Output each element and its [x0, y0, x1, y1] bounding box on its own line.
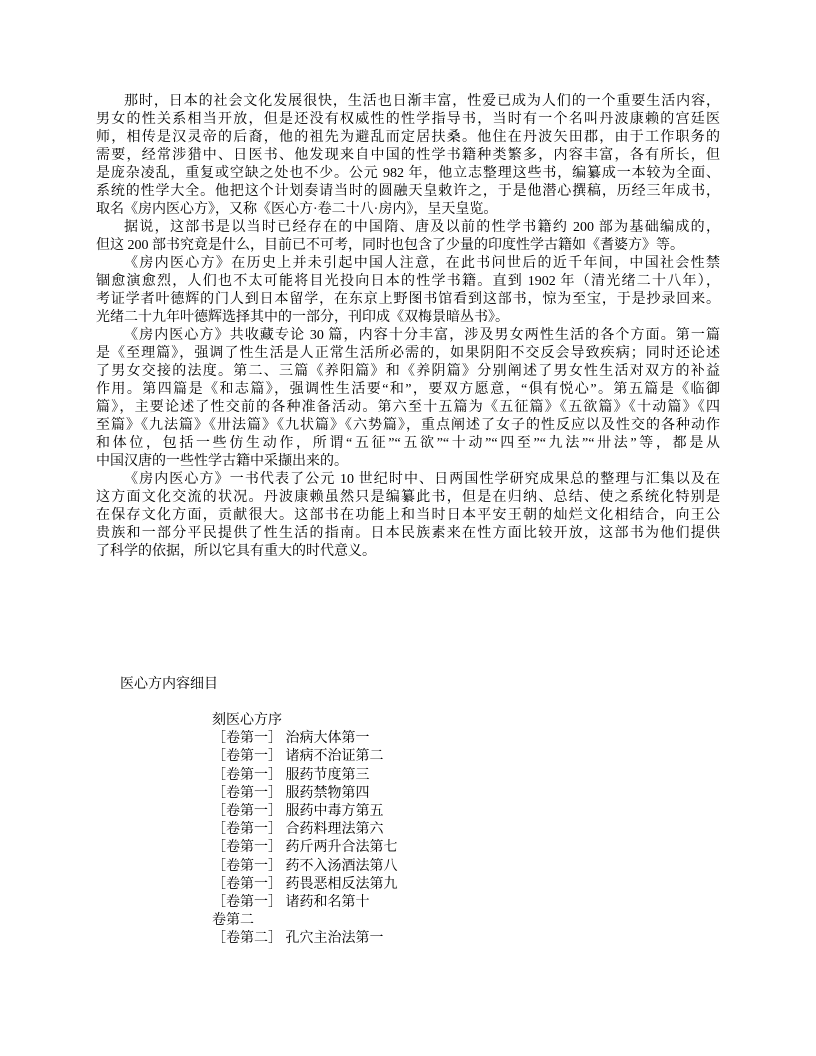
text-line: 《房内医心方》在历史上并未引起中国人注意，在此书问世后的近千年间，中国社会性禁: [96, 255, 720, 273]
text-line: 锢愈演愈烈，人们也不太可能将目光投向日本的性学书籍。直到 1902 年（清光绪二…: [96, 273, 720, 291]
text-line: 考证学者叶德辉的门人到日本留学，在东京上野图书馆看到这部书，惊为至宝，于是抄录回…: [96, 291, 720, 309]
catalog-item: ［卷第一］ 药斤两升合法第七: [212, 839, 398, 857]
text-line: 《房内医心方》一书代表了公元 10 世纪时中、日两国性学研究成果总的整理与汇集以…: [96, 471, 720, 489]
catalog-item: ［卷第一］ 治病大体第一: [212, 730, 398, 748]
paragraph: 《房内医心方》共收藏专论 30 篇，内容十分丰富，涉及男女两性生活的各个方面。第…: [96, 327, 720, 471]
text-line: 至篇》《九法篇》《卅法篇》《九状篇》《六势篇》，重点阐述了女子的性反应以及性交的…: [96, 417, 720, 435]
catalog-item: ［卷第一］ 药畏恶相反法第九: [212, 876, 398, 894]
text-line: 取名《房内医心方》，又称《医心方·卷二十八·房内》，呈天皇览。: [96, 201, 720, 219]
text-line: 了科学的依据，所以它具有重大的时代意义。: [96, 543, 720, 561]
text-line: 但这 200 部书究竟是什么，目前已不可考，同时也包含了少量的印度性学古籍如《耆…: [96, 237, 720, 255]
catalog-item: ［卷第二］ 孔穴主治法第一: [212, 930, 398, 948]
text-line: 和体位，包括一些仿生动作，所谓“五征”“五欲”“十动”“四至”“九法”“卅法”等…: [96, 435, 720, 453]
text-line: 作用。第四篇是《和志篇》，强调性生活要“和”，要双方愿意，“俱有悦心”。第五篇是…: [96, 381, 720, 399]
paragraph: 《房内医心方》在历史上并未引起中国人注意，在此书问世后的近千年间，中国社会性禁锢…: [96, 255, 720, 327]
catalog-item: 刻医心方序: [212, 712, 398, 730]
catalog-item: ［卷第一］ 诸病不治证第二: [212, 748, 398, 766]
catalog-list: 刻医心方序［卷第一］ 治病大体第一［卷第一］ 诸病不治证第二［卷第一］ 服药节度…: [212, 712, 398, 949]
catalog-item: ［卷第一］ 服药禁物第四: [212, 785, 398, 803]
document-page: 那时，日本的社会文化发展很快，生活也日渐丰富，性爱已成为人们的一个重要生活内容，…: [0, 0, 816, 1056]
text-line: 那时，日本的社会文化发展很快，生活也日渐丰富，性爱已成为人们的一个重要生活内容，: [96, 93, 720, 111]
text-line: 男女的性关系相当开放，但是还没有权威性的性学指导书，当时有一个名叫丹波康赖的宫廷…: [96, 111, 720, 129]
text-line: 师，相传是汉灵帝的后裔，他的祖先为避乱而定居扶桑。他住在丹波矢田郡，由于工作职务…: [96, 129, 720, 147]
text-line: 需要，经常涉猎中、日医书、他发现来自中国的性学书籍种类繁多，内容丰富，各有所长，…: [96, 147, 720, 165]
catalog-item: 卷第二: [212, 912, 398, 930]
text-line: 了男女交接的法度。第二、三篇《养阳篇》和《养阴篇》分别阐述了男女性生活对双方的补…: [96, 363, 720, 381]
text-line: 据说，这部书是以当时已经存在的中国隋、唐及以前的性学书籍约 200 部为基础编成…: [96, 219, 720, 237]
text-line: 是庞杂凌乱，重复或空缺之处也不少。公元 982 年，他立志整理这些书，编纂成一本…: [96, 165, 720, 183]
catalog-item: ［卷第一］ 服药中毒方第五: [212, 803, 398, 821]
text-line: 篇》，主要论述了性交前的各种准备活动。第六至十五篇为《五征篇》《五欲篇》《十动篇…: [96, 399, 720, 417]
text-line: 系统的性学大全。他把这个计划奏请当时的圆融天皇敕许之，于是他潜心撰稿，历经三年成…: [96, 183, 720, 201]
paragraph: 《房内医心方》一书代表了公元 10 世纪时中、日两国性学研究成果总的整理与汇集以…: [96, 471, 720, 561]
text-line: 中国汉唐的一些性学古籍中采撷出来的。: [96, 453, 720, 471]
catalog-item: ［卷第一］ 诸药和名第十: [212, 894, 398, 912]
text-line: 贵族和一部分平民提供了性生活的指南。日本民族素来在性方面比较开放，这部书为他们提…: [96, 525, 720, 543]
catalog-item: ［卷第一］ 合药料理法第六: [212, 821, 398, 839]
text-line: 在保存文化方面，贡献很大。这部书在功能上和当时日本平安王朝的灿烂文化相结合，向王…: [96, 507, 720, 525]
text-line: 光绪二十九年叶德辉选择其中的一部分，刊印成《双梅景暗丛书》。: [96, 309, 720, 327]
paragraph: 那时，日本的社会文化发展很快，生活也日渐丰富，性爱已成为人们的一个重要生活内容，…: [96, 93, 720, 219]
paragraph: 据说，这部书是以当时已经存在的中国隋、唐及以前的性学书籍约 200 部为基础编成…: [96, 219, 720, 255]
text-line: 《房内医心方》共收藏专论 30 篇，内容十分丰富，涉及男女两性生活的各个方面。第…: [96, 327, 720, 345]
text-line: 是《至理篇》，强调了性生活是人正常生活所必需的，如果阴阳不交反会导致疾病；同时还…: [96, 345, 720, 363]
article-body: 那时，日本的社会文化发展很快，生活也日渐丰富，性爱已成为人们的一个重要生活内容，…: [96, 93, 720, 561]
text-line: 这方面文化交流的状况。丹波康赖虽然只是编纂此书，但是在归纳、总结、使之系统化特别…: [96, 489, 720, 507]
section-title: 医心方内容细目: [120, 676, 218, 694]
catalog-item: ［卷第一］ 服药节度第三: [212, 767, 398, 785]
catalog-item: ［卷第一］ 药不入汤酒法第八: [212, 858, 398, 876]
